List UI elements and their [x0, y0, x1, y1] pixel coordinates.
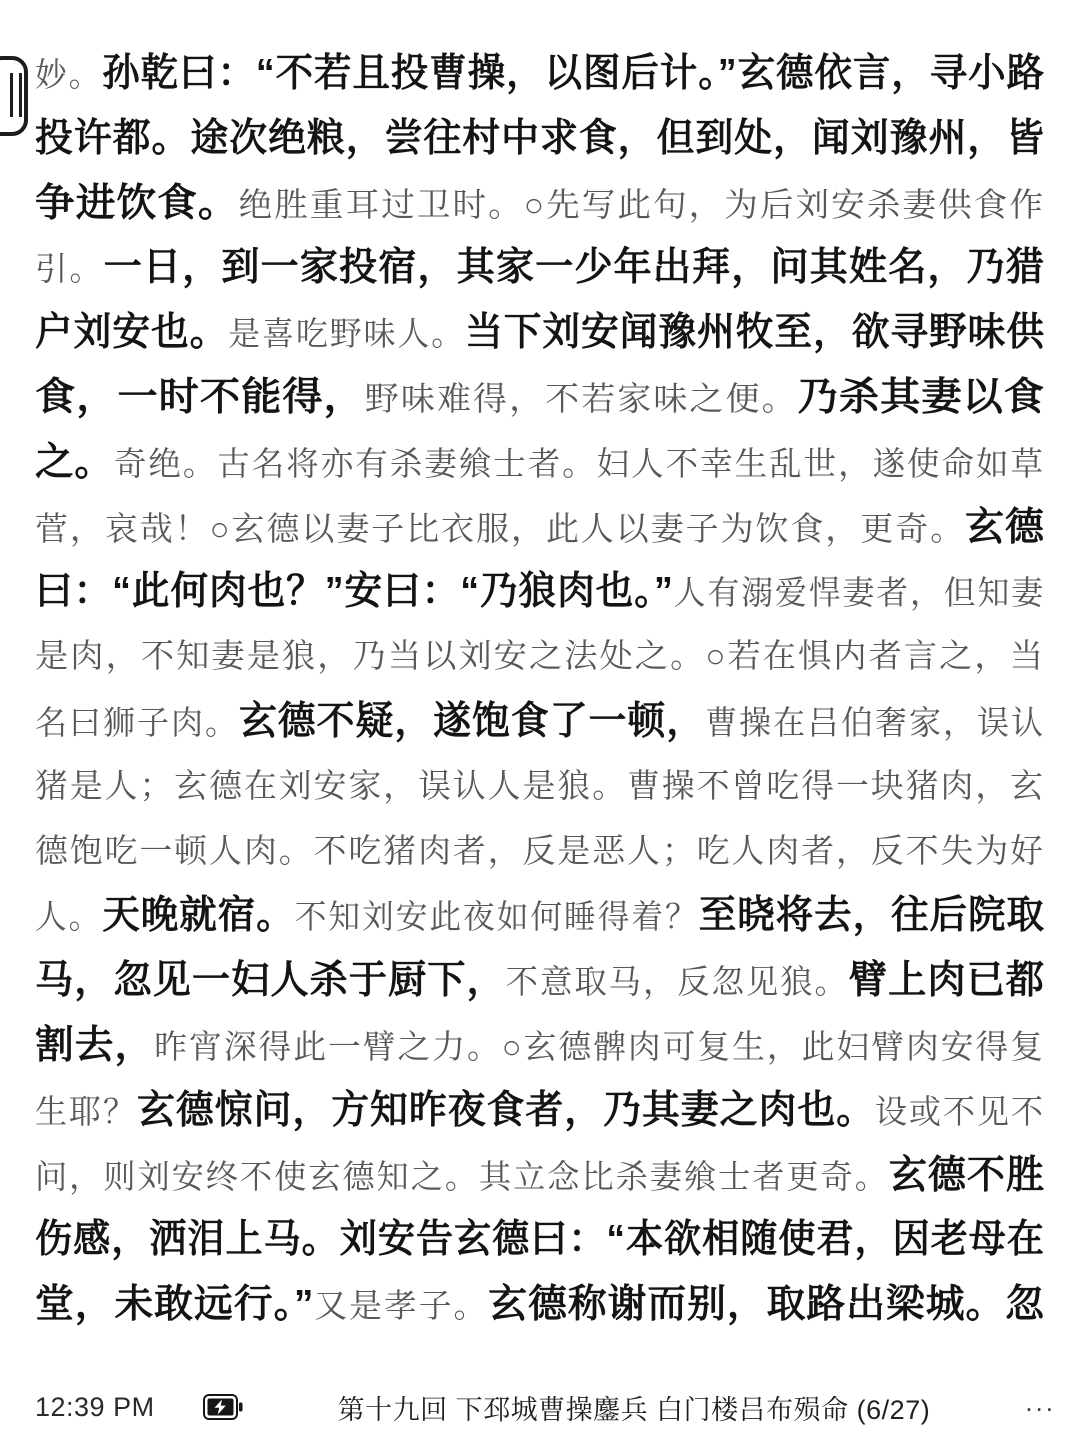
novel-text: 孙乾曰：“不若且投曹操，以图后计。”玄德依言，寻小路 [102, 52, 1045, 95]
commentary-text: 人。 [35, 900, 102, 936]
commentary-text: 人有溺爱悍妻者，但知妻 [674, 576, 1045, 612]
more-ellipsis-icon[interactable]: ... [1025, 1389, 1056, 1425]
novel-text: 投许都。途次绝粮，尝往村中求食，但到处，闻刘豫州，皆 [35, 117, 1045, 160]
text-line: 争进饮食。绝胜重耳过卫时。○先写此句，为后刘安杀妻供食作 [35, 172, 1045, 237]
text-line: 德饱吃一顿人肉。不吃猪肉者，反是恶人；吃人肉者，反不失为好 [35, 820, 1045, 885]
text-line: 食，一时不能得，野味难得，不若家味之便。乃杀其妻以食 [35, 366, 1045, 431]
text-line: 菅，哀哉！○玄德以妻子比衣服，此人以妻子为饮食，更奇。玄德 [35, 496, 1045, 561]
commentary-text: 奇绝。古名将亦有杀妻飨士者。妇人不幸生乱世，遂使命如草 [114, 447, 1045, 483]
commentary-text: 设或不见不 [875, 1095, 1045, 1131]
text-line: 曰：“此何肉也？”安曰：“乃狼肉也。”人有溺爱悍妻者，但知妻 [35, 560, 1045, 625]
novel-text: 玄德称谢而别，取路出梁城。忽 [488, 1283, 1045, 1326]
text-line: 堂，未敢远行。”又是孝子。玄德称谢而别，取路出梁城。忽 [35, 1273, 1045, 1338]
text-line: 马，忽见一妇人杀于厨下，不意取马，反忽见狼。臂上肉已都 [35, 949, 1045, 1014]
novel-text: 曰：“此何肉也？”安曰：“乃狼肉也。” [35, 570, 674, 613]
novel-text: 玄德惊问，方知昨夜食者，乃其妻之肉也。 [137, 1089, 875, 1132]
commentary-text: 猪是人；玄德在刘安家，误认人是狼。曹操不曾吃得一块猪肉，玄 [35, 769, 1045, 805]
novel-text: 一日，到一家投宿，其家一少年出拜，问其姓名，乃猎 [104, 246, 1045, 289]
reading-area[interactable]: 妙。孙乾曰：“不若且投曹操，以图后计。”玄德依言，寻小路投许都。途次绝粮，尝往村… [35, 42, 1045, 1338]
drawer-handle[interactable] [0, 56, 28, 136]
text-line: 妙。孙乾曰：“不若且投曹操，以图后计。”玄德依言，寻小路 [35, 42, 1045, 107]
commentary-text: 又是孝子。 [314, 1289, 488, 1325]
text-line: 生耶？玄德惊问，方知昨夜食者，乃其妻之肉也。设或不见不 [35, 1079, 1045, 1144]
novel-text: 伤感，洒泪上马。刘安告玄德曰：“本欲相随使君，因老母在 [35, 1218, 1045, 1261]
text-line: 名曰狮子肉。玄德不疑，遂饱食了一顿，曹操在吕伯奢家，误认 [35, 690, 1045, 755]
novel-text: 马，忽见一妇人杀于厨下， [35, 959, 506, 1002]
novel-text: 乃杀其妻以食 [798, 376, 1045, 419]
text-line: 是肉，不知妻是狼，乃当以刘安之法处之。○若在惧内者言之，当 [35, 625, 1045, 690]
commentary-text: 昨宵深得此一臂之力。○玄德髀肉可复生，此妇臂肉安得复 [154, 1030, 1045, 1066]
text-line: 之。奇绝。古名将亦有杀妻飨士者。妇人不幸生乱世，遂使命如草 [35, 431, 1045, 496]
text-line: 猪是人；玄德在刘安家，误认人是狼。曹操不曾吃得一块猪肉，玄 [35, 755, 1045, 820]
commentary-text: 妙。 [35, 58, 102, 94]
text-line: 引。一日，到一家投宿，其家一少年出拜，问其姓名，乃猎 [35, 236, 1045, 301]
chapter-progress: 第十九回 下邳城曹操鏖兵 白门楼吕布殒命 (6/27) [243, 1388, 1026, 1427]
novel-text: 臂上肉已都 [849, 959, 1045, 1002]
novel-text: 食，一时不能得， [35, 376, 365, 419]
novel-text: 天晚就宿。 [102, 894, 294, 937]
commentary-text: 是肉，不知妻是狼，乃当以刘安之法处之。○若在惧内者言之，当 [35, 639, 1045, 675]
commentary-text: 曹操在吕伯奢家，误认 [705, 706, 1045, 742]
commentary-text: 不知刘安此夜如何睡得着？ [295, 900, 699, 936]
novel-text: 之。 [35, 441, 114, 484]
text-line: 伤感，洒泪上马。刘安告玄德曰：“本欲相随使君，因老母在 [35, 1208, 1045, 1273]
novel-text: 割去， [35, 1024, 154, 1067]
novel-text: 至晓将去，往后院取 [699, 894, 1045, 937]
novel-text: 当下刘安闻豫州牧至，欲寻野味供 [465, 311, 1045, 354]
text-line: 问，则刘安终不使玄德知之。其立念比杀妻飨士者更奇。玄德不胜 [35, 1144, 1045, 1209]
commentary-text: 引。 [35, 252, 104, 288]
novel-text: 堂，未敢远行。” [35, 1283, 314, 1326]
text-line: 投许都。途次绝粮，尝往村中求食，但到处，闻刘豫州，皆 [35, 107, 1045, 172]
novel-text: 户刘安也。 [35, 311, 228, 354]
commentary-text: 不意取马，反忽见狼。 [506, 965, 849, 1001]
novel-text: 玄德不疑，遂饱食了一顿， [239, 700, 705, 743]
text-line: 割去，昨宵深得此一臂之力。○玄德髀肉可复生，此妇臂肉安得复 [35, 1014, 1045, 1079]
novel-text: 玄德 [965, 506, 1045, 549]
commentary-text: 绝胜重耳过卫时。○先写此句，为后刘安杀妻供食作 [239, 188, 1045, 224]
text-line: 人。天晚就宿。不知刘安此夜如何睡得着？至晓将去，往后院取 [35, 884, 1045, 949]
commentary-text: 菅，哀哉！○玄德以妻子比衣服，此人以妻子为饮食，更奇。 [35, 512, 965, 548]
battery-charging-icon [203, 1394, 243, 1420]
novel-text: 玄德不胜 [889, 1154, 1045, 1197]
novel-text: 争进饮食。 [35, 182, 239, 225]
commentary-text: 名曰狮子肉。 [35, 706, 239, 742]
commentary-text: 德饱吃一顿人肉。不吃猪肉者，反是恶人；吃人肉者，反不失为好 [35, 834, 1045, 870]
commentary-text: 是喜吃野味人。 [228, 317, 465, 353]
commentary-text: 野味难得，不若家味之便。 [365, 382, 798, 418]
commentary-text: 生耶？ [35, 1095, 137, 1131]
commentary-text: 问，则刘安终不使玄德知之。其立念比杀妻飨士者更奇。 [35, 1160, 889, 1196]
status-bar: 12:39 PM 第十九回 下邳城曹操鏖兵 白门楼吕布殒命 (6/27) ... [0, 1382, 1080, 1440]
clock-time: 12:39 PM [35, 1392, 155, 1423]
text-line: 户刘安也。是喜吃野味人。当下刘安闻豫州牧至，欲寻野味供 [35, 301, 1045, 366]
